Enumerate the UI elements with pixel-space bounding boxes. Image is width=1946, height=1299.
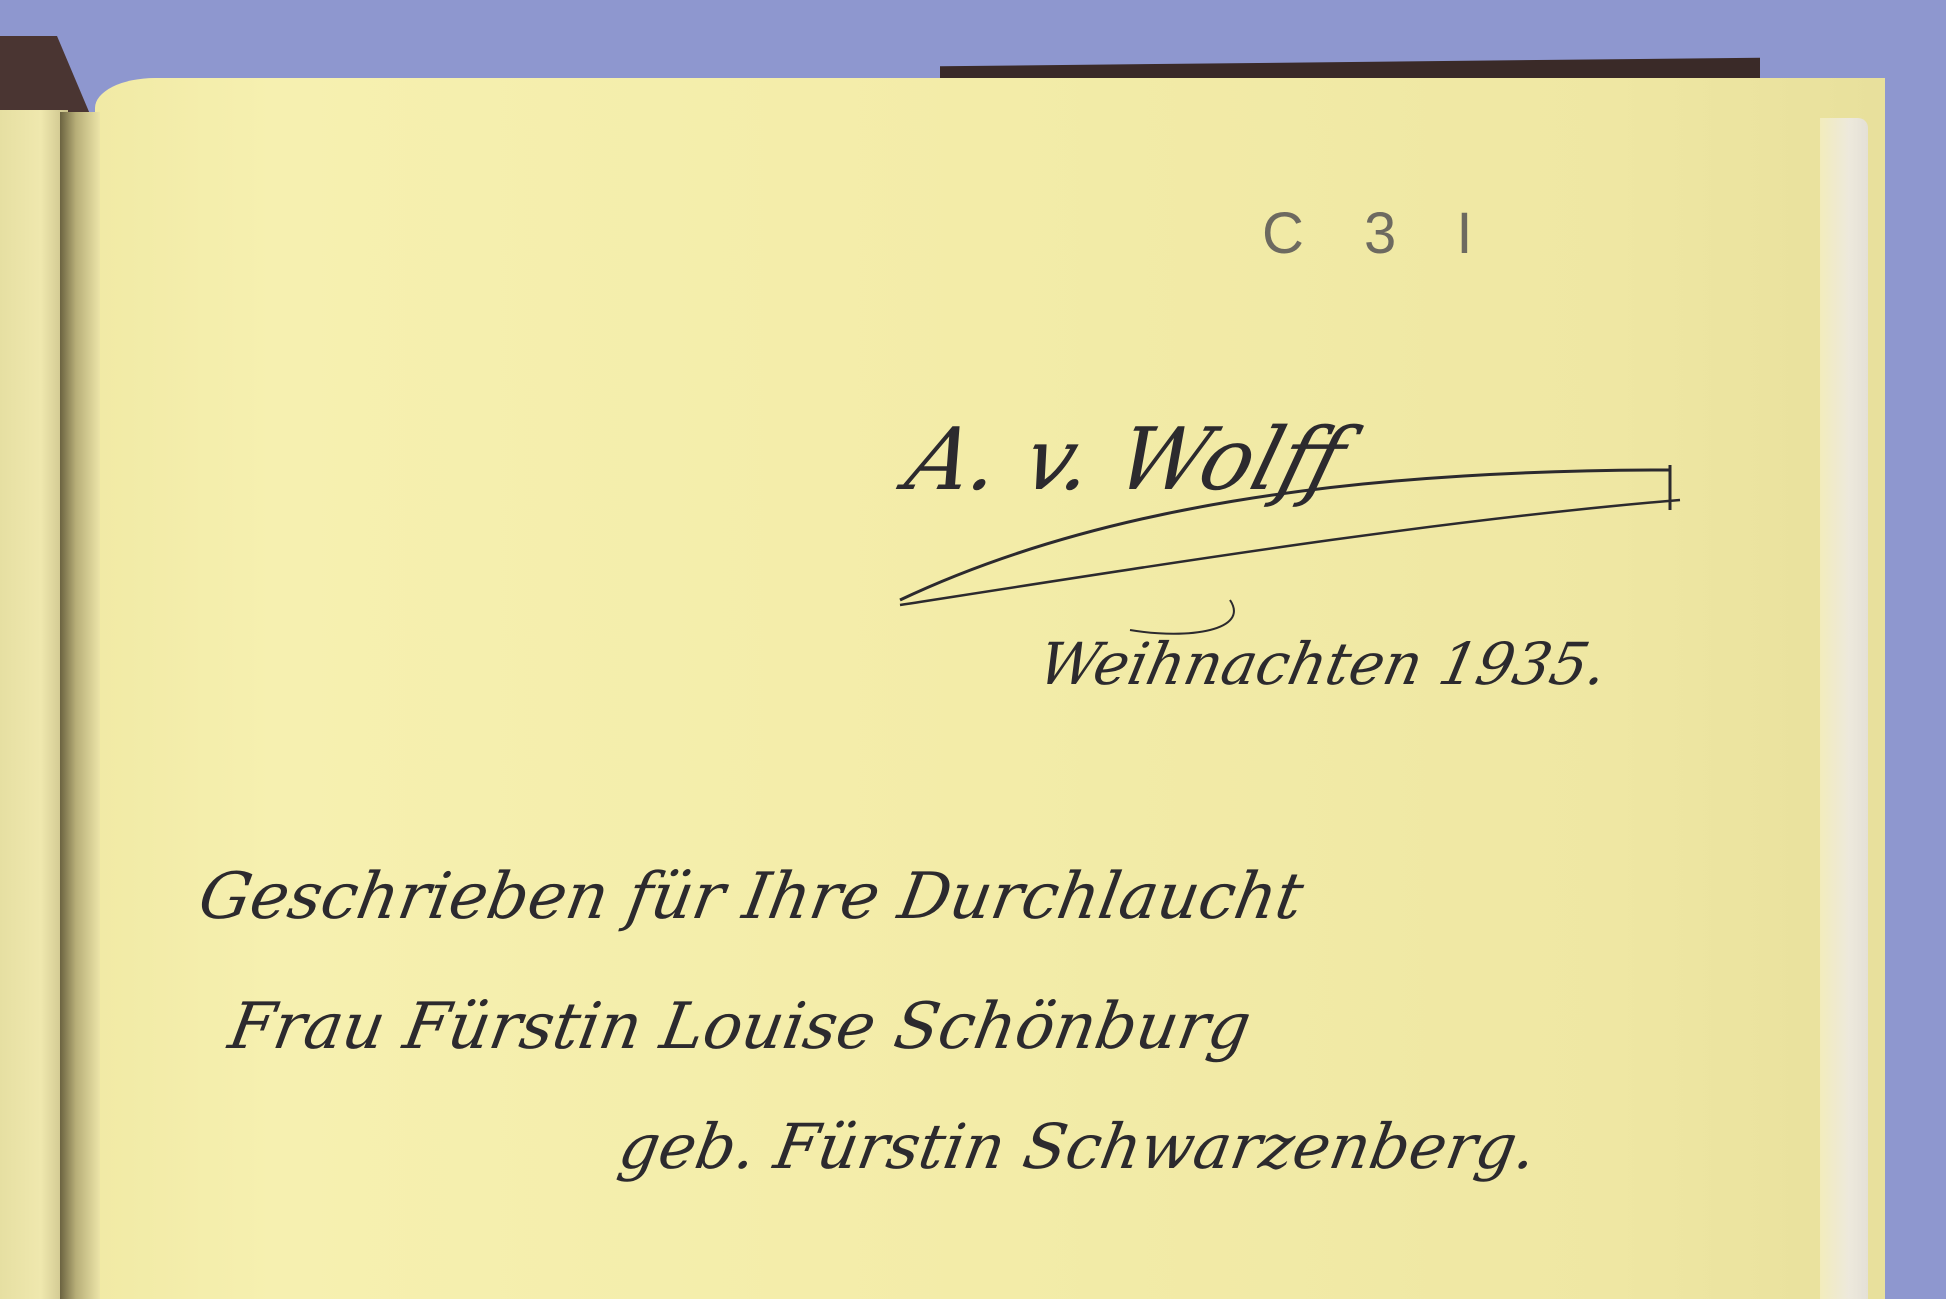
book-gutter xyxy=(60,112,100,1299)
dedication-line-1: Geschrieben für Ihre Durchlaucht xyxy=(193,860,1308,934)
dedication-line-3: geb. Fürstin Schwarzenberg. xyxy=(614,1110,1543,1183)
pencil-shelfmark: C 3 I xyxy=(1262,200,1495,267)
left-page xyxy=(0,110,68,1299)
dedication-date: Weihnachten 1935. xyxy=(1033,630,1614,698)
signature-flourish-icon xyxy=(890,440,1690,640)
dedication-line-2: Frau Fürstin Louise Schönburg xyxy=(223,990,1256,1064)
page-edge-stack xyxy=(1820,118,1868,1299)
